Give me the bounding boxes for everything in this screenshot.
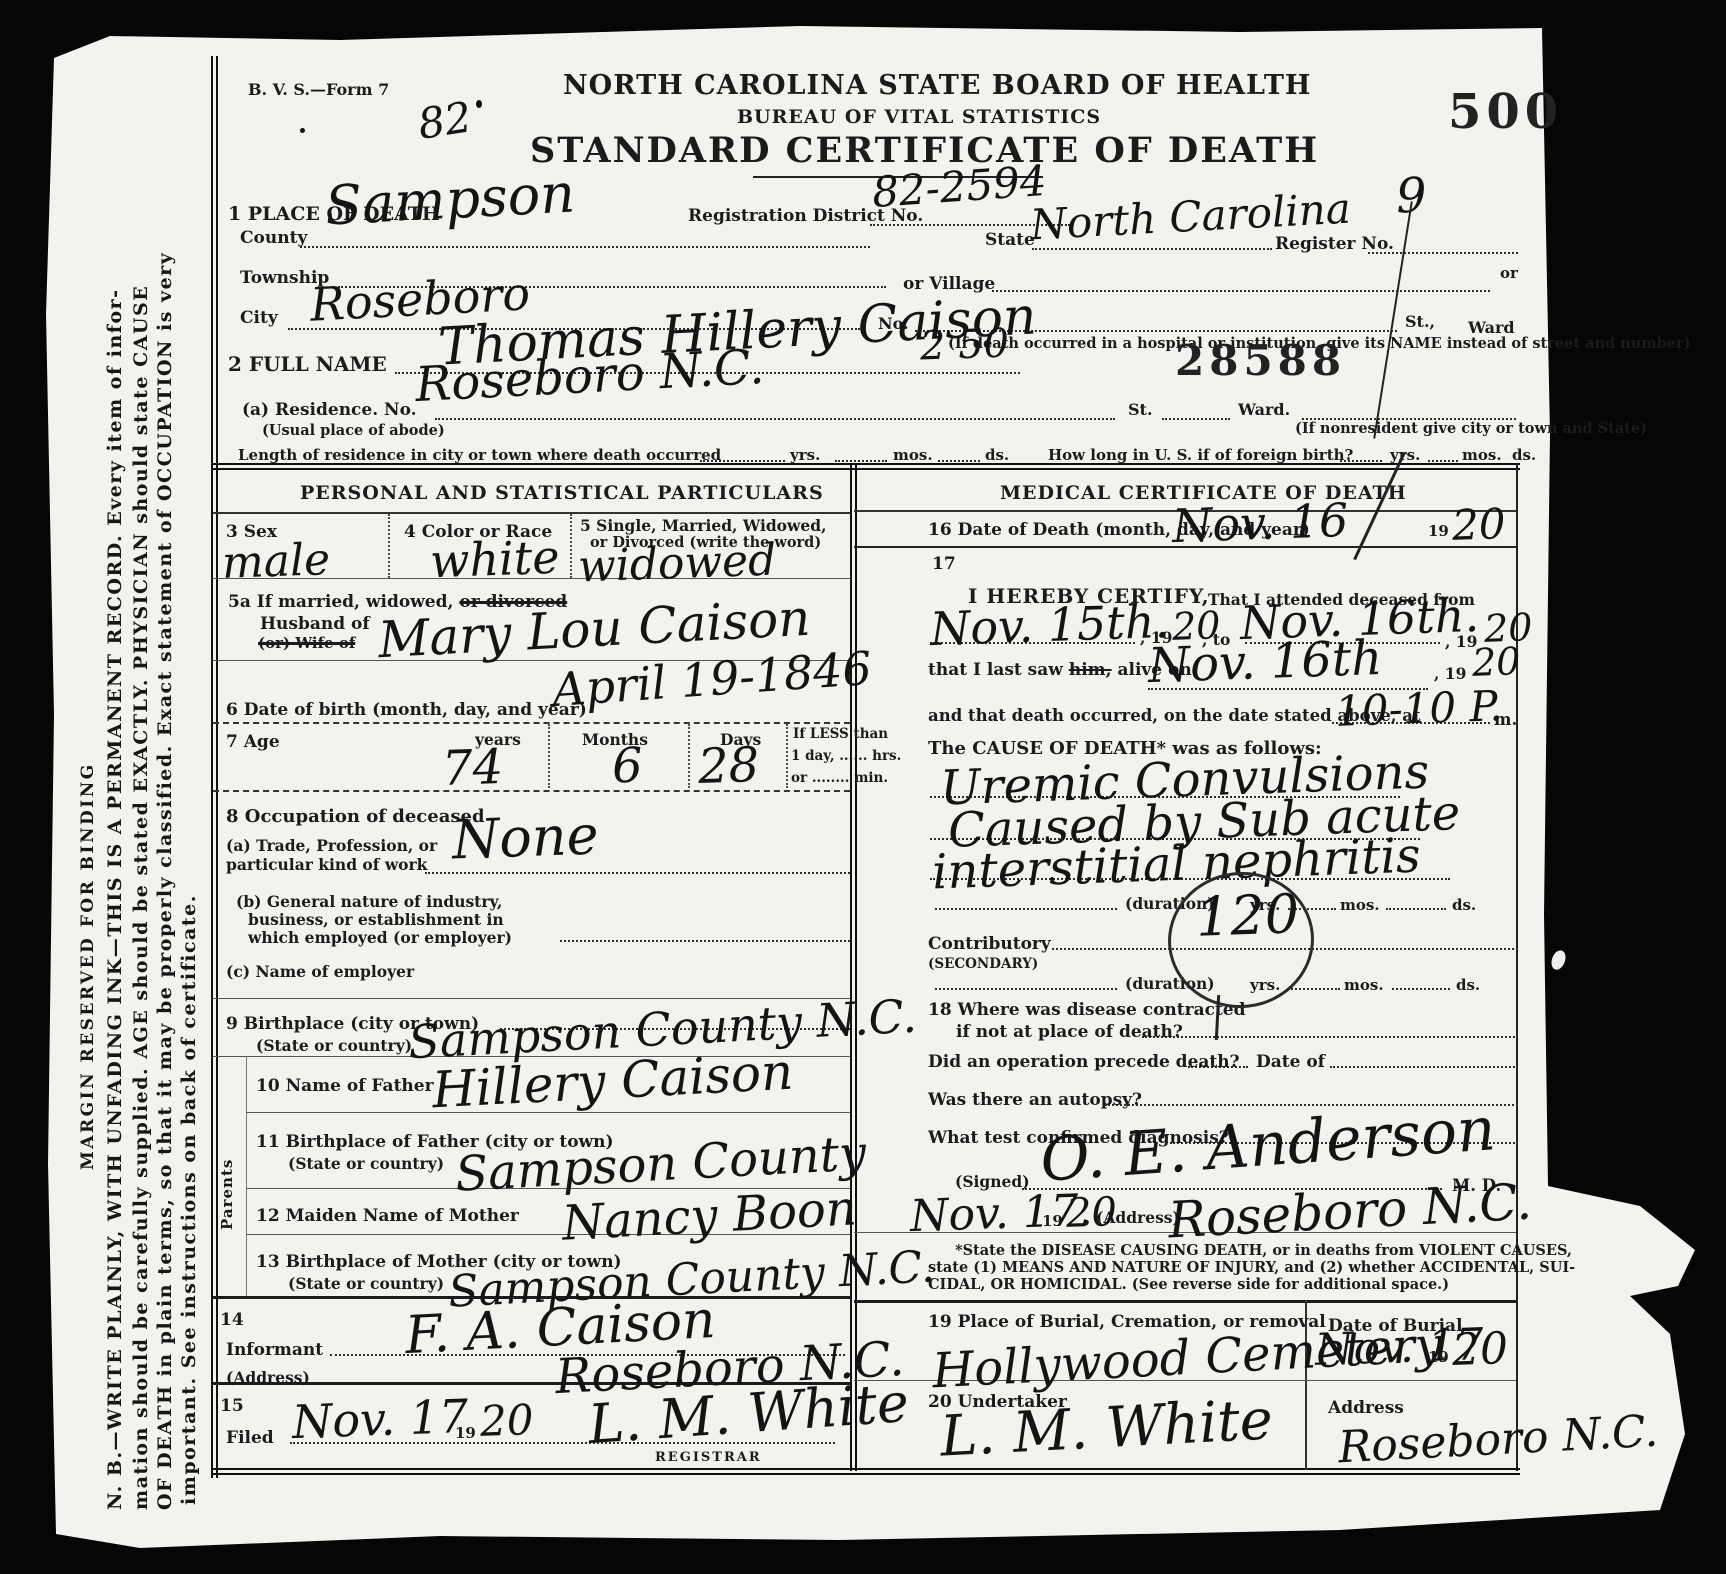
or-label: or: [1500, 264, 1518, 282]
registrar-label: REGISTRAR: [655, 1450, 762, 1465]
occupation-label: 8 Occupation of deceased: [226, 806, 485, 827]
residence-ward-label: Ward.: [1238, 400, 1290, 419]
date-of-birth-label: 6 Date of birth (month, day, and year): [226, 700, 587, 720]
death-time-value: 10-10 P.: [1334, 681, 1503, 736]
parents-strip-divider: [246, 1056, 247, 1296]
margin-note-line-1: N. B.—WRITE PLAINLY, WITH UNFADING INK—T…: [104, 75, 126, 1510]
certificate-number-stamp: 28588: [1175, 336, 1346, 385]
disease-contracted-label-2: if not at place of death?: [956, 1022, 1183, 1042]
autopsy-label: Was there an autopsy?: [928, 1090, 1142, 1110]
operation-label: Did an operation precede death?: [928, 1052, 1240, 1072]
cell-divider: [570, 514, 572, 578]
personal-section-title: PERSONAL AND STATISTICAL PARTICULARS: [300, 482, 824, 504]
informant-label: Informant: [226, 1340, 323, 1360]
contributory-label: Contributory: [928, 934, 1051, 954]
stamp-500: 500: [1448, 84, 1563, 140]
race-value: white: [429, 530, 560, 588]
form-left-border: [211, 56, 218, 1478]
cell-divider: [388, 514, 390, 578]
age-years-value: 74: [441, 739, 504, 797]
date-of-label: Date of: [1256, 1052, 1325, 1072]
county-value: Sampson: [324, 162, 577, 238]
margin-binding-note: MARGIN RESERVED FOR BINDING: [78, 690, 98, 1170]
form-bottom-border: [211, 1468, 1520, 1475]
residence-st-label: St.: [1128, 400, 1153, 419]
disease-contracted-label-1: 18 Where was disease contracted: [928, 1000, 1246, 1020]
bureau-subtitle: BUREAU OF VITAL STATISTICS: [737, 106, 1101, 128]
yrs-label: yrs.: [1390, 446, 1420, 464]
dotted-line: [560, 940, 850, 942]
undertaker-address-label: Address: [1328, 1398, 1404, 1418]
printed-comma-19: , 19: [1434, 664, 1466, 683]
full-name-label: 2 FULL NAME: [228, 352, 387, 376]
handwritten-code-250: 2 50: [919, 320, 1010, 369]
date-of-death-value: Nov. 16: [1171, 493, 1349, 553]
state-or-country-label: (State or country): [288, 1154, 444, 1173]
industry-label-3: which employed (or employer): [248, 928, 512, 947]
rule-heavy: [854, 1300, 1516, 1303]
columns-top-border: [211, 463, 1520, 470]
mos-label: mos.: [893, 446, 933, 464]
dotted-line: [1330, 1066, 1518, 1068]
abode-note: (Usual place of abode): [262, 422, 445, 439]
wife-of-label-struck: (or) Wife of: [258, 634, 355, 652]
if-less-label-1: If LESS than: [793, 726, 888, 742]
signature-year-value: 20: [1065, 1189, 1117, 1237]
ds-label: ds.: [1512, 446, 1536, 464]
ds-label: ds.: [985, 446, 1009, 464]
length-residence-label: Length of residence in city or town wher…: [238, 446, 721, 464]
how-long-us-label: How long in U. S. if of foreign birth?: [1048, 446, 1353, 464]
footnote-line-3: CIDAL, OR HOMICIDAL. (See reverse side f…: [928, 1276, 1449, 1293]
city-label: City: [240, 308, 278, 328]
if-less-label-2: 1 day, ...... hrs.: [791, 748, 901, 764]
filed-year-value: 20: [479, 1395, 534, 1446]
nonresident-note: (If nonresident give city or town and St…: [1295, 420, 1647, 437]
industry-label-1: (b) General nature of industry,: [236, 892, 502, 911]
dotted-line: [1386, 908, 1446, 910]
dotted-line: [935, 908, 1117, 910]
margin-note-line-4: important. See instructions on back of c…: [178, 1040, 200, 1505]
cell-divider: [688, 724, 690, 788]
ink-speck: [300, 128, 305, 133]
dotted-line: [938, 460, 980, 462]
rule: [213, 512, 850, 514]
ds-label: ds.: [1456, 976, 1480, 994]
board-title: NORTH CAROLINA STATE BOARD OF HEALTH: [563, 70, 1311, 101]
ds-label: ds.: [1452, 896, 1476, 914]
cell-divider: [548, 724, 550, 788]
last-saw-value: Nov. 16th: [1147, 630, 1383, 694]
state-label: State: [985, 230, 1035, 250]
informant-address-label: (Address): [226, 1368, 310, 1387]
yrs-label: yrs.: [790, 446, 820, 464]
dotted-line: [1142, 1036, 1518, 1038]
dotted-line: [425, 872, 850, 874]
employer-label: (c) Name of employer: [226, 962, 414, 981]
rule-dashed: [213, 722, 850, 724]
attended-from-value: Nov. 15th.: [929, 594, 1170, 656]
register-no-label: Register No.: [1275, 234, 1394, 254]
item-14-number: 14: [220, 1310, 244, 1330]
item-15-number: 15: [220, 1396, 244, 1416]
register-no-value: 9: [1395, 167, 1427, 224]
residence-label: (a) Residence. No.: [242, 400, 417, 420]
trade-value: None: [451, 803, 600, 871]
state-or-country-label: (State or country): [256, 1036, 412, 1055]
husband-of-label: Husband of: [260, 614, 370, 634]
date-of-death-year: 20: [1451, 499, 1506, 550]
death-certificate-scan: MARGIN RESERVED FOR BINDING N. B.—WRITE …: [0, 0, 1726, 1574]
age-label: 7 Age: [226, 732, 280, 752]
column-divider: [850, 463, 857, 1471]
industry-label-2: business, or establishment in: [248, 910, 504, 929]
mos-label: mos.: [1340, 896, 1380, 914]
if-less-label-3: or ........ min.: [791, 770, 888, 786]
margin-note-line-3: OF DEATH in plain terms, so that it may …: [154, 75, 176, 1510]
dotted-line: [1288, 988, 1340, 990]
dotted-line: [1032, 248, 1272, 250]
county-label: County: [240, 228, 307, 248]
dotted-line: [300, 246, 870, 248]
dotted-line: [1162, 418, 1230, 420]
sex-value: male: [221, 534, 331, 589]
mother-name-label: 12 Maiden Name of Mother: [256, 1206, 519, 1226]
item-17-number: 17: [932, 554, 956, 574]
filed-label: Filed: [226, 1428, 274, 1448]
state-or-country-label: (State or country): [288, 1274, 444, 1293]
trade-label-1: (a) Trade, Profession, or: [226, 836, 437, 855]
marital-label: 5 Single, Married, Widowed,: [580, 516, 826, 535]
father-name-label: 10 Name of Father: [256, 1076, 434, 1096]
dotted-line: [1392, 988, 1450, 990]
secondary-label: (SECONDARY): [928, 956, 1038, 972]
mos-label: mos.: [1344, 976, 1384, 994]
dotted-line: [935, 988, 1117, 990]
cell-divider: [786, 724, 788, 788]
mos-label: mos.: [1462, 446, 1502, 464]
filed-date-value: Nov. 17: [291, 1389, 469, 1449]
dotted-line: [1428, 460, 1458, 462]
last-saw-him-struck: him,: [1069, 660, 1112, 680]
footnote-line-2: state (1) MEANS AND NATURE OF INJURY, an…: [928, 1259, 1575, 1276]
trade-label-2: particular kind of work: [226, 855, 427, 874]
ink-speck: [476, 100, 482, 108]
age-months-value: 6: [611, 737, 643, 794]
scan-artifact: [1549, 948, 1568, 971]
form-number: B. V. S.—Form 7: [248, 80, 389, 99]
age-days-value: 28: [697, 737, 760, 795]
last-saw-label: that I last saw: [928, 660, 1069, 680]
dotted-line: [835, 460, 887, 462]
dotted-line: [992, 290, 1490, 292]
st-label: St.,: [1405, 312, 1435, 331]
parents-label: Parents: [218, 1110, 236, 1230]
burial-year-value: 20: [1451, 1323, 1509, 1376]
handwritten-code-82: 82: [414, 92, 474, 149]
marital-value: widowed: [577, 535, 777, 593]
dotted-line: [435, 418, 1115, 420]
last-saw-year: 20: [1471, 639, 1521, 685]
printed-19: 19: [1428, 522, 1449, 540]
margin-note-line-2: mation should be carefully supplied. AGE…: [130, 75, 152, 1510]
